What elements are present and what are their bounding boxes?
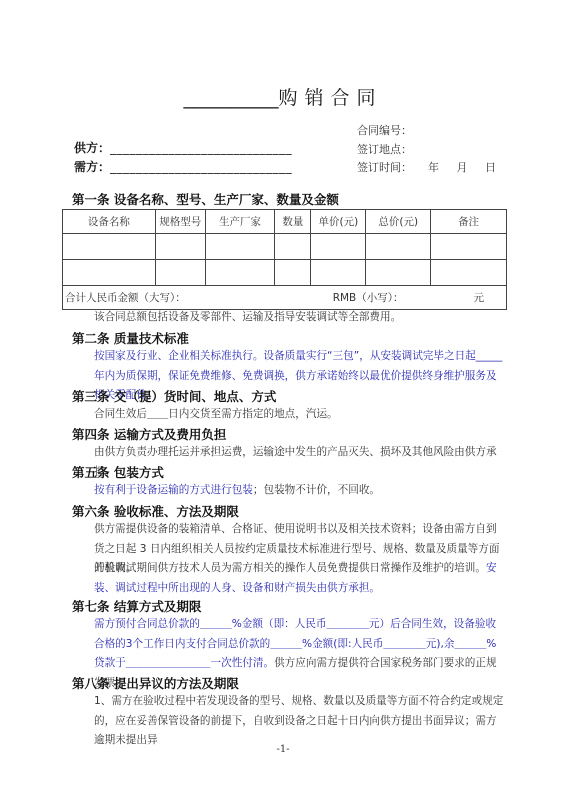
article-7-heading: 第七条 结算方式及期限 [72, 597, 201, 615]
total-rmb: RMB（小写）：元 [333, 290, 506, 305]
table-header-cell: 设备名称 [63, 210, 156, 234]
buyer-label: 需方： [74, 160, 110, 174]
article-6-heading: 第六条 验收标准、方法及期限 [72, 502, 239, 520]
table-total-row: 合计人民币金额（大写）： RMB（小写）：元 [63, 286, 507, 310]
table-cell [155, 260, 205, 286]
table-cell [63, 234, 156, 260]
article-5-body: 按有利于设备运输的方式进行包装；包装物不计价，不回收。 [72, 481, 504, 501]
table-cell [431, 260, 507, 286]
table-cell [311, 260, 366, 286]
supplier-label: 供方： [74, 141, 110, 155]
sign-time-label: 签订时间： [357, 161, 412, 174]
article-5-text-rest: ；包装物不计价，不回收。 [253, 484, 380, 496]
table-header-row: 设备名称 规格型号 生产厂家 数量 单价(元) 总价(元) 备注 [63, 210, 507, 234]
yuan-label: 元 [474, 292, 485, 304]
table-cell [366, 260, 431, 286]
article-3-heading: 第三条 交（提）货时间、地点、方式 [72, 387, 276, 405]
article-8-text: 1、需方在验收过程中若发现设备的型号、规格、数量以及质量等方面不符合约定或规定的… [72, 692, 504, 751]
article-8-heading: 第八条 提出异议的方法及期限 [72, 674, 239, 692]
contract-number-label: 合同编号： [357, 124, 412, 137]
article-1-note-text: 该合同总额包括设备及零部件、运输及指导安装调试等全部费用。 [72, 308, 504, 328]
table-cell [155, 234, 205, 260]
document-title: __________购销合同 [0, 83, 566, 110]
article-8-body: 1、需方在验收过程中若发现设备的型号、规格、数量以及质量等方面不符合约定或规定的… [72, 692, 504, 751]
table-header-cell: 单价(元) [311, 210, 366, 234]
table-row [63, 260, 507, 286]
table-cell [63, 260, 156, 286]
table-header-cell: 数量 [275, 210, 311, 234]
title-text: 购销合同 [278, 87, 382, 109]
contract-page: __________购销合同 合同编号： 签订地点： 签订时间：年 月 日 供方… [0, 0, 566, 800]
table-row [63, 234, 507, 260]
total-cell: 合计人民币金额（大写）： RMB（小写）：元 [63, 286, 507, 310]
article-3-body: 合同生效后＿＿日内交货至需方指定的地点，汽运。 [72, 405, 504, 425]
table-cell [205, 260, 275, 286]
table-header-cell: 总价(元) [366, 210, 431, 234]
table-cell [431, 234, 507, 260]
page-number: -1- [0, 744, 566, 755]
table-cell [366, 234, 431, 260]
table-header-cell: 生产厂家 [205, 210, 275, 234]
article-1-heading: 第一条 设备名称、型号、生产厂家、数量及金额 [72, 190, 339, 208]
sign-time-field: 签订时间：年 月 日 [357, 159, 496, 175]
article-6-text-2-black: 开机调试期间供方技术人员为需方相关的操作人员免费提供日常操作及维护的培训。 [94, 562, 486, 574]
sign-time-value: 年 月 日 [428, 159, 496, 175]
supplier-field: 供方：____________________________ [74, 139, 292, 156]
contract-number-field: 合同编号： [357, 122, 412, 138]
table-cell [311, 234, 366, 260]
article-3-text: 合同生效后＿＿日内交货至需方指定的地点，汽运。 [72, 405, 504, 425]
article-4-heading: 第四条 运输方式及费用负担 [72, 425, 226, 443]
supplier-line: ____________________________ [110, 141, 292, 155]
article-2-heading: 第二条 质量技术标准 [72, 329, 189, 347]
table-header-cell: 备注 [431, 210, 507, 234]
article-5-text-blue: 按有利于设备运输的方式进行包装 [94, 484, 253, 496]
table-cell [205, 234, 275, 260]
sign-place-label: 签订地点： [357, 143, 412, 156]
rmb-label: RMB（小写）： [333, 292, 404, 304]
article-1-note: 该合同总额包括设备及零部件、运输及指导安装调试等全部费用。 [72, 308, 504, 328]
table-cell [275, 260, 311, 286]
title-blank: __________ [183, 87, 278, 109]
article-6-body-2: 开机调试期间供方技术人员为需方相关的操作人员免费提供日常操作及维护的培训。安装、… [72, 559, 504, 598]
buyer-field: 需方：____________________________ [74, 158, 292, 175]
article-5-heading: 第五条 包装方式 [72, 463, 164, 481]
buyer-line: ____________________________ [110, 160, 292, 174]
sign-place-field: 签订地点： [357, 141, 412, 157]
equipment-table: 设备名称 规格型号 生产厂家 数量 单价(元) 总价(元) 备注 [62, 209, 507, 310]
total-amount-label: 合计人民币金额（大写）： [63, 290, 186, 305]
table-cell [275, 234, 311, 260]
table-header-cell: 规格型号 [155, 210, 205, 234]
